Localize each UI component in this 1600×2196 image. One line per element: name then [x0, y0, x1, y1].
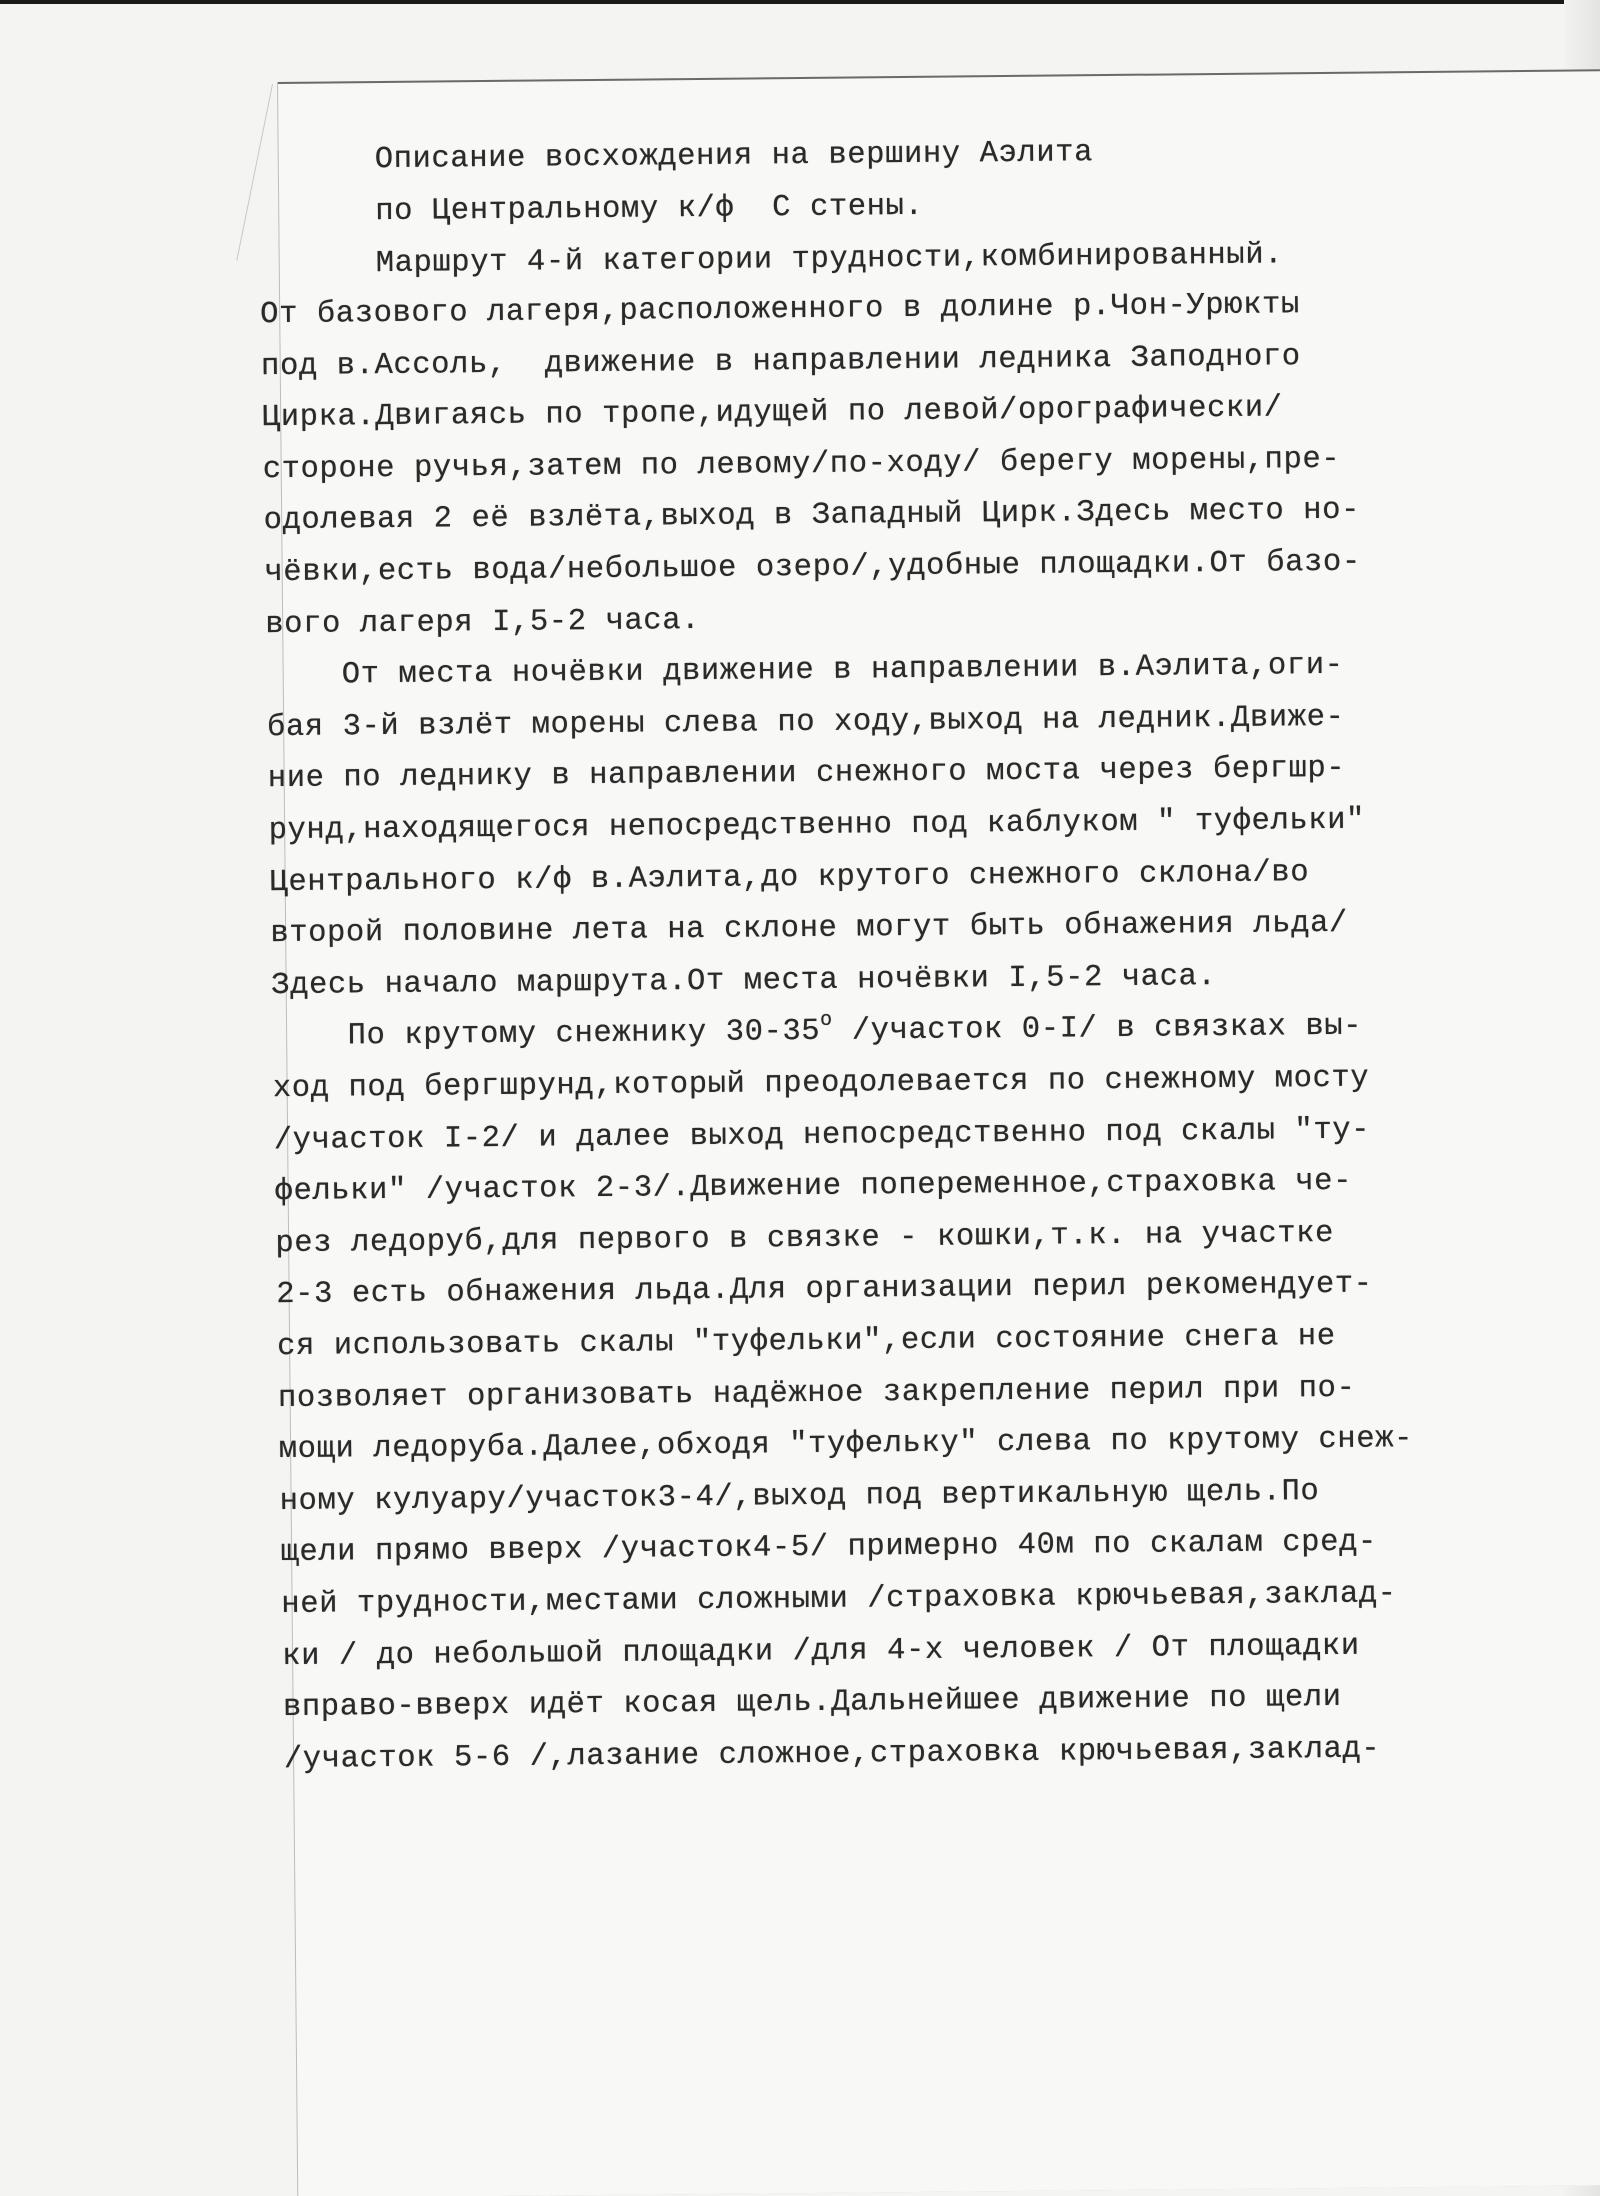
- body-text: От базового лагеря,расположенного в доли…: [278, 71, 1600, 84]
- text-line: Здесь начало маршрута.От места ночёвки I…: [271, 960, 1216, 1003]
- text-line: одолевая 2 её взлёта,выход в Западный Ци…: [263, 494, 1360, 539]
- title-line-2: по Центральному к/ф С стены.: [375, 190, 923, 229]
- text-line: фельки" /участок 2-3/.Движение поперемен…: [274, 1165, 1352, 1209]
- title-line-1: Описание восхождения на вершину Аэлита: [375, 136, 1094, 177]
- text-line: Цирка.Двигаясь по тропе,идущей по левой/…: [262, 392, 1283, 436]
- text-line: щели прямо вверх /участок4-5/ примерно 4…: [280, 1526, 1377, 1571]
- text-line: мощи ледоруба.Далее,обходя "туфельку" сл…: [279, 1422, 1413, 1467]
- typewritten-page: Описание восхождения на вершину Аэлита п…: [278, 69, 1600, 2196]
- text-line: ся использовать скалы "туфельки",если со…: [277, 1320, 1336, 1364]
- scanned-document: Описание восхождения на вершину Аэлита п…: [0, 0, 1600, 2196]
- text-line: рез ледоруб,для первого в связке - кошки…: [275, 1217, 1334, 1261]
- text-line: По крутому снежнику 30-35o /участок 0-I/…: [272, 1010, 1362, 1054]
- text-line: Центрального к/ф в.Аэлита,до крутого сне…: [269, 856, 1309, 900]
- text-line: От места ночёвки движение в направлении …: [266, 649, 1344, 693]
- text-line: рунд,находящегося непосредственно под ка…: [269, 804, 1366, 849]
- text-line: стороне ручья,затем по левому/по-ходу/ б…: [263, 443, 1341, 487]
- text-line: ному кулуару/участок3-4/,выход под верти…: [280, 1475, 1320, 1519]
- title-block: Описание восхождения на вершину Аэлита п…: [278, 71, 1600, 84]
- text-line: /участок 5-6 /,лазание сложное,страховка…: [284, 1732, 1381, 1777]
- scanner-edge: [0, 0, 1600, 4]
- text-line: От базового лагеря,расположенного в доли…: [260, 288, 1300, 332]
- text-line: чёвки,есть вода/небольшое озеро/,удобные…: [264, 546, 1361, 591]
- route-category: Маршрут 4-й категории трудности,комбинир…: [376, 238, 1284, 281]
- text-line: ней трудности,местами сложными /страховк…: [281, 1577, 1397, 1622]
- text-line: ние по леднику в направлении снежного мо…: [268, 752, 1346, 796]
- text-line: второй половине лета на склоне могут быт…: [270, 907, 1348, 951]
- text-line: /участок I-2/ и далее выход непосредстве…: [274, 1113, 1371, 1158]
- text-line: вого лагеря I,5-2 часа.: [265, 604, 700, 642]
- text-line: бая 3-й взлёт морены слева по ходу,выход…: [267, 701, 1345, 745]
- text-line: ки / до небольшой площадки /для 4-х чело…: [282, 1629, 1360, 1673]
- text-line: 2-3 есть обнажения льда.Для организации …: [276, 1268, 1373, 1313]
- text-line: вправо-вверх идёт косая щель.Дальнейшее …: [283, 1681, 1342, 1725]
- text-line: под в.Ассоль, движение в направлении лед…: [261, 340, 1301, 384]
- text-line: позволяет организовать надёжное закрепле…: [278, 1371, 1356, 1415]
- text-line: ход под бергшрунд,который преодолевается…: [273, 1062, 1370, 1107]
